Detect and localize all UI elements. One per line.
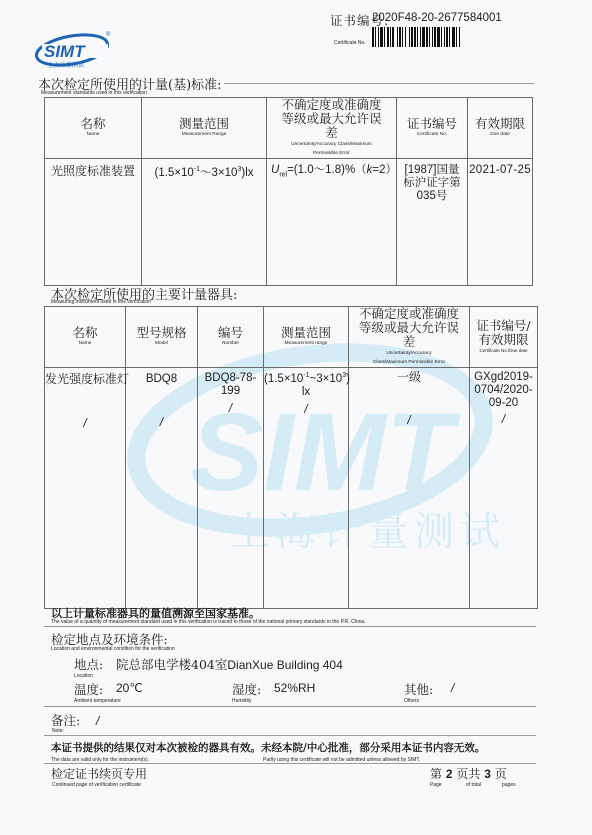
cell-name: 发光强度标准灯 /: [45, 368, 126, 609]
header-name: 名称Name: [45, 307, 126, 368]
temperature-value: 20℃: [116, 681, 143, 695]
header-model: 型号规格Model: [126, 307, 198, 368]
svg-text:上海计量测试: 上海计量测试: [48, 61, 84, 69]
disclaimer-text: 本证书提供的结果仅对本次被检的器具有效。未经本院/中心批准，部分采用本证书内容无…: [51, 740, 485, 755]
cell-range: (1.5×10-1～3×103)lx: [142, 159, 267, 286]
cell-due-date: 2021-07-25: [468, 159, 533, 286]
cell-cert-due: GXgd2019-0704/2020-09-20 /: [470, 368, 538, 609]
note-value: /: [96, 714, 99, 728]
cell-number: BDQ8-78-199 /: [198, 368, 264, 609]
standards-table: 名称Name 测量范围Measurement Range 不确定度或准确度等级或…: [44, 97, 533, 286]
header-due-date: 有效期限Due date: [468, 98, 533, 159]
certificate-number: 2020F48-20-2677584001: [372, 12, 502, 24]
header-range: 测量范围Measurement Range: [142, 98, 267, 159]
page-label-en: Page: [430, 782, 442, 788]
note-label: 备注:: [51, 711, 80, 729]
instruments-title-en: Measuring instrument used in this verifi…: [51, 299, 151, 305]
cell-range: (1.5×10-1~3×103) lx /: [264, 368, 349, 609]
standards-title-en: Measurement standards used in this verif…: [41, 90, 147, 96]
divider: [44, 735, 536, 736]
barcode: [372, 27, 509, 47]
location-label-en: Location: [74, 673, 93, 679]
others-value: /: [451, 681, 454, 695]
cell-uncertainty: Urel=(1.0～1.8)%（k=2）: [267, 159, 397, 286]
header-uncertainty: 不确定度或准确度等级或最大允许误差Uncertainty/Accuracy Cl…: [267, 98, 397, 159]
others-label-en: Others: [404, 698, 419, 704]
instruments-table: 名称Name 型号规格Model 编号Number 测量范围Measuremen…: [44, 306, 538, 609]
simt-logo: SIMT 上海计量测试 ®: [34, 30, 114, 70]
divider: [44, 626, 536, 627]
temperature-label-en: Ambient temperature: [74, 698, 121, 704]
pages-label-en: pages: [502, 782, 516, 788]
cell-cert-no: [1987]国量标沪证字第035号: [397, 159, 468, 286]
location-label: 地点:: [74, 655, 103, 673]
page-current: 2: [446, 767, 453, 781]
header-cert-due: 证书编号/有效期限Certificate No./Due date: [470, 307, 538, 368]
temperature-label: 温度:: [74, 680, 103, 698]
svg-text:®: ®: [106, 31, 111, 38]
others-label: 其他:: [404, 680, 433, 698]
page-indicator: 第 2 页共 3 页: [430, 765, 507, 782]
cell-name: 光照度标准装置: [45, 159, 142, 286]
certificate-number-label-en: Certificate No.: [334, 40, 366, 46]
table-header-row: 名称Name 型号规格Model 编号Number 测量范围Measuremen…: [45, 307, 538, 368]
environment-title-en: Location and environmental condition for…: [51, 646, 175, 652]
divider: [44, 763, 536, 764]
table-row: 光照度标准装置 (1.5×10-1～3×103)lx Urel=(1.0～1.8…: [45, 159, 533, 286]
cell-accuracy: 一级 /: [349, 368, 470, 609]
traceability-text-en: The value of a quantity of measurement s…: [51, 619, 366, 625]
svg-text:SIMT: SIMT: [44, 42, 86, 61]
note-label-en: Note:: [52, 728, 64, 734]
header-name: 名称Name: [45, 98, 142, 159]
header-cert-no: 证书编号Certificate No.: [397, 98, 468, 159]
table-header-row: 名称Name 测量范围Measurement Range 不确定度或准确度等级或…: [45, 98, 533, 159]
continued-page-label-en: Continued page of verification certifica…: [52, 782, 141, 788]
header-range: 测量范围Measurement range: [264, 307, 349, 368]
table-row: 发光强度标准灯 / BDQ8 / BDQ8-78-199 / (1.5×10-1…: [45, 368, 538, 609]
of-total-label-en: of total: [466, 782, 481, 788]
humidity-value: 52%RH: [274, 681, 315, 695]
humidity-label: 湿度:: [232, 680, 261, 698]
continued-page-label: 检定证书续页专用: [51, 765, 147, 782]
divider: [44, 706, 536, 707]
humidity-label-en: Humidity: [232, 698, 251, 704]
location-value: 院总部电学楼404室DianXue Building 404: [116, 655, 343, 673]
header-number: 编号Number: [198, 307, 264, 368]
page-total: 3: [484, 767, 491, 781]
cell-model: BDQ8 /: [126, 368, 198, 609]
header-accuracy: 不确定度或准确度等级或最大允许误差Uncertainty/Accuracy Cl…: [349, 307, 470, 368]
